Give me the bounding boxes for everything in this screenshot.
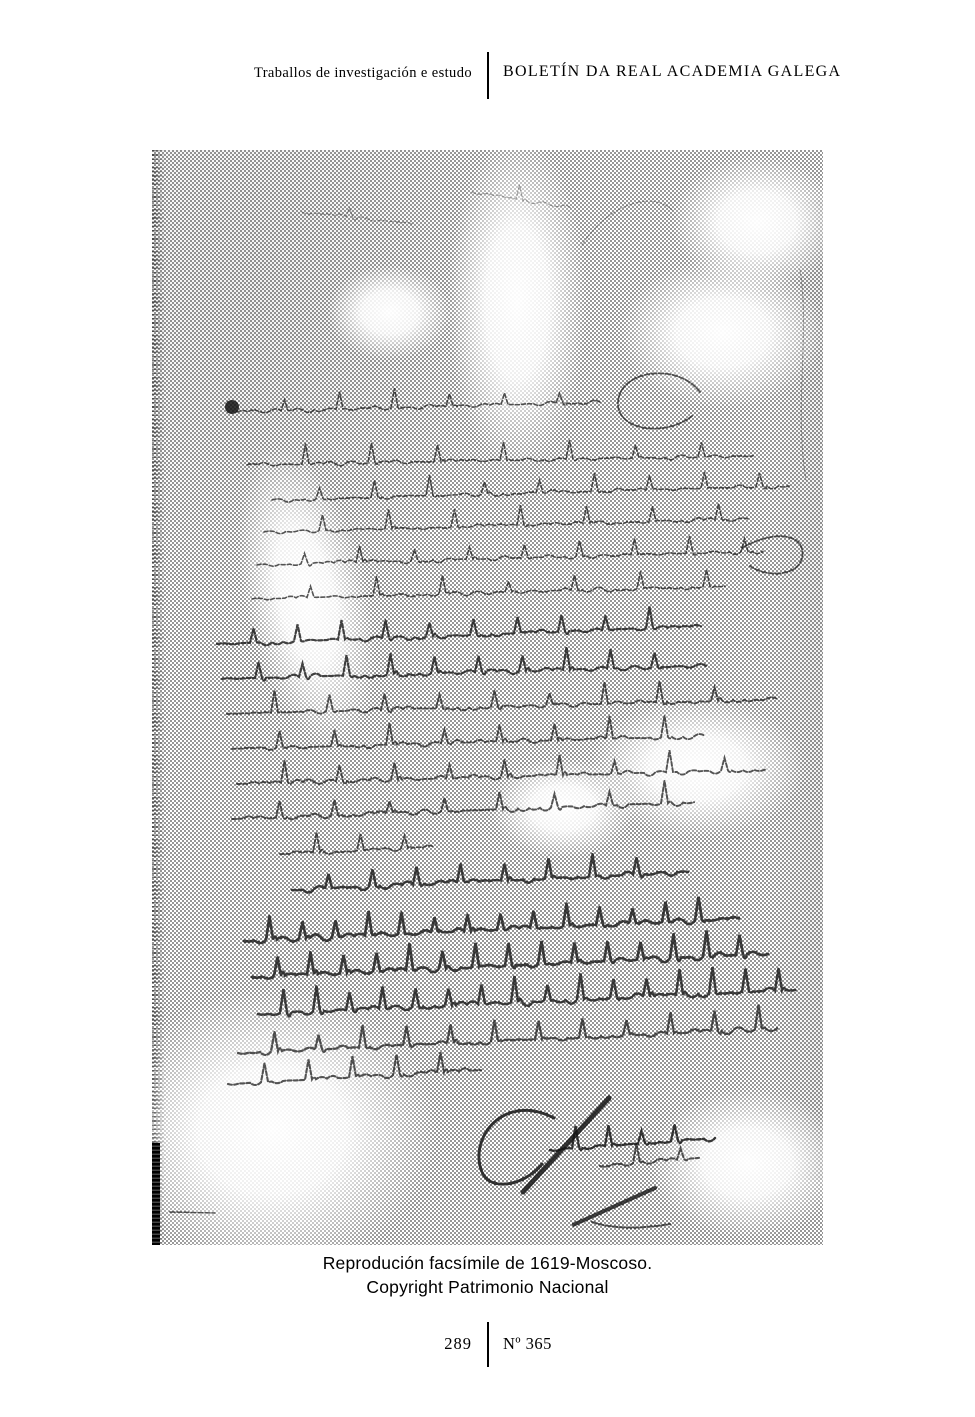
issue-number: Nº 365 <box>503 1334 552 1354</box>
caption-line2: Copyright Patrimonio Nacional <box>0 1275 975 1299</box>
header-journal-title: BOLETÍN DA REAL ACADEMIA GALEGA <box>503 63 841 81</box>
journal-page: Traballos de investigación e estudo BOLE… <box>0 0 975 1417</box>
facsimile-manuscript-image <box>152 150 823 1245</box>
page-number: 289 <box>444 1334 472 1354</box>
caption-line1: Reprodución facsímile de 1619-Moscoso. <box>0 1251 975 1275</box>
figure-caption: Reprodución facsímile de 1619-Moscoso. C… <box>0 1251 975 1299</box>
header-divider <box>487 52 489 99</box>
handwriting-strokes <box>152 150 823 1245</box>
footer-divider <box>487 1322 489 1367</box>
header-section-title: Traballos de investigación e estudo <box>254 65 472 82</box>
